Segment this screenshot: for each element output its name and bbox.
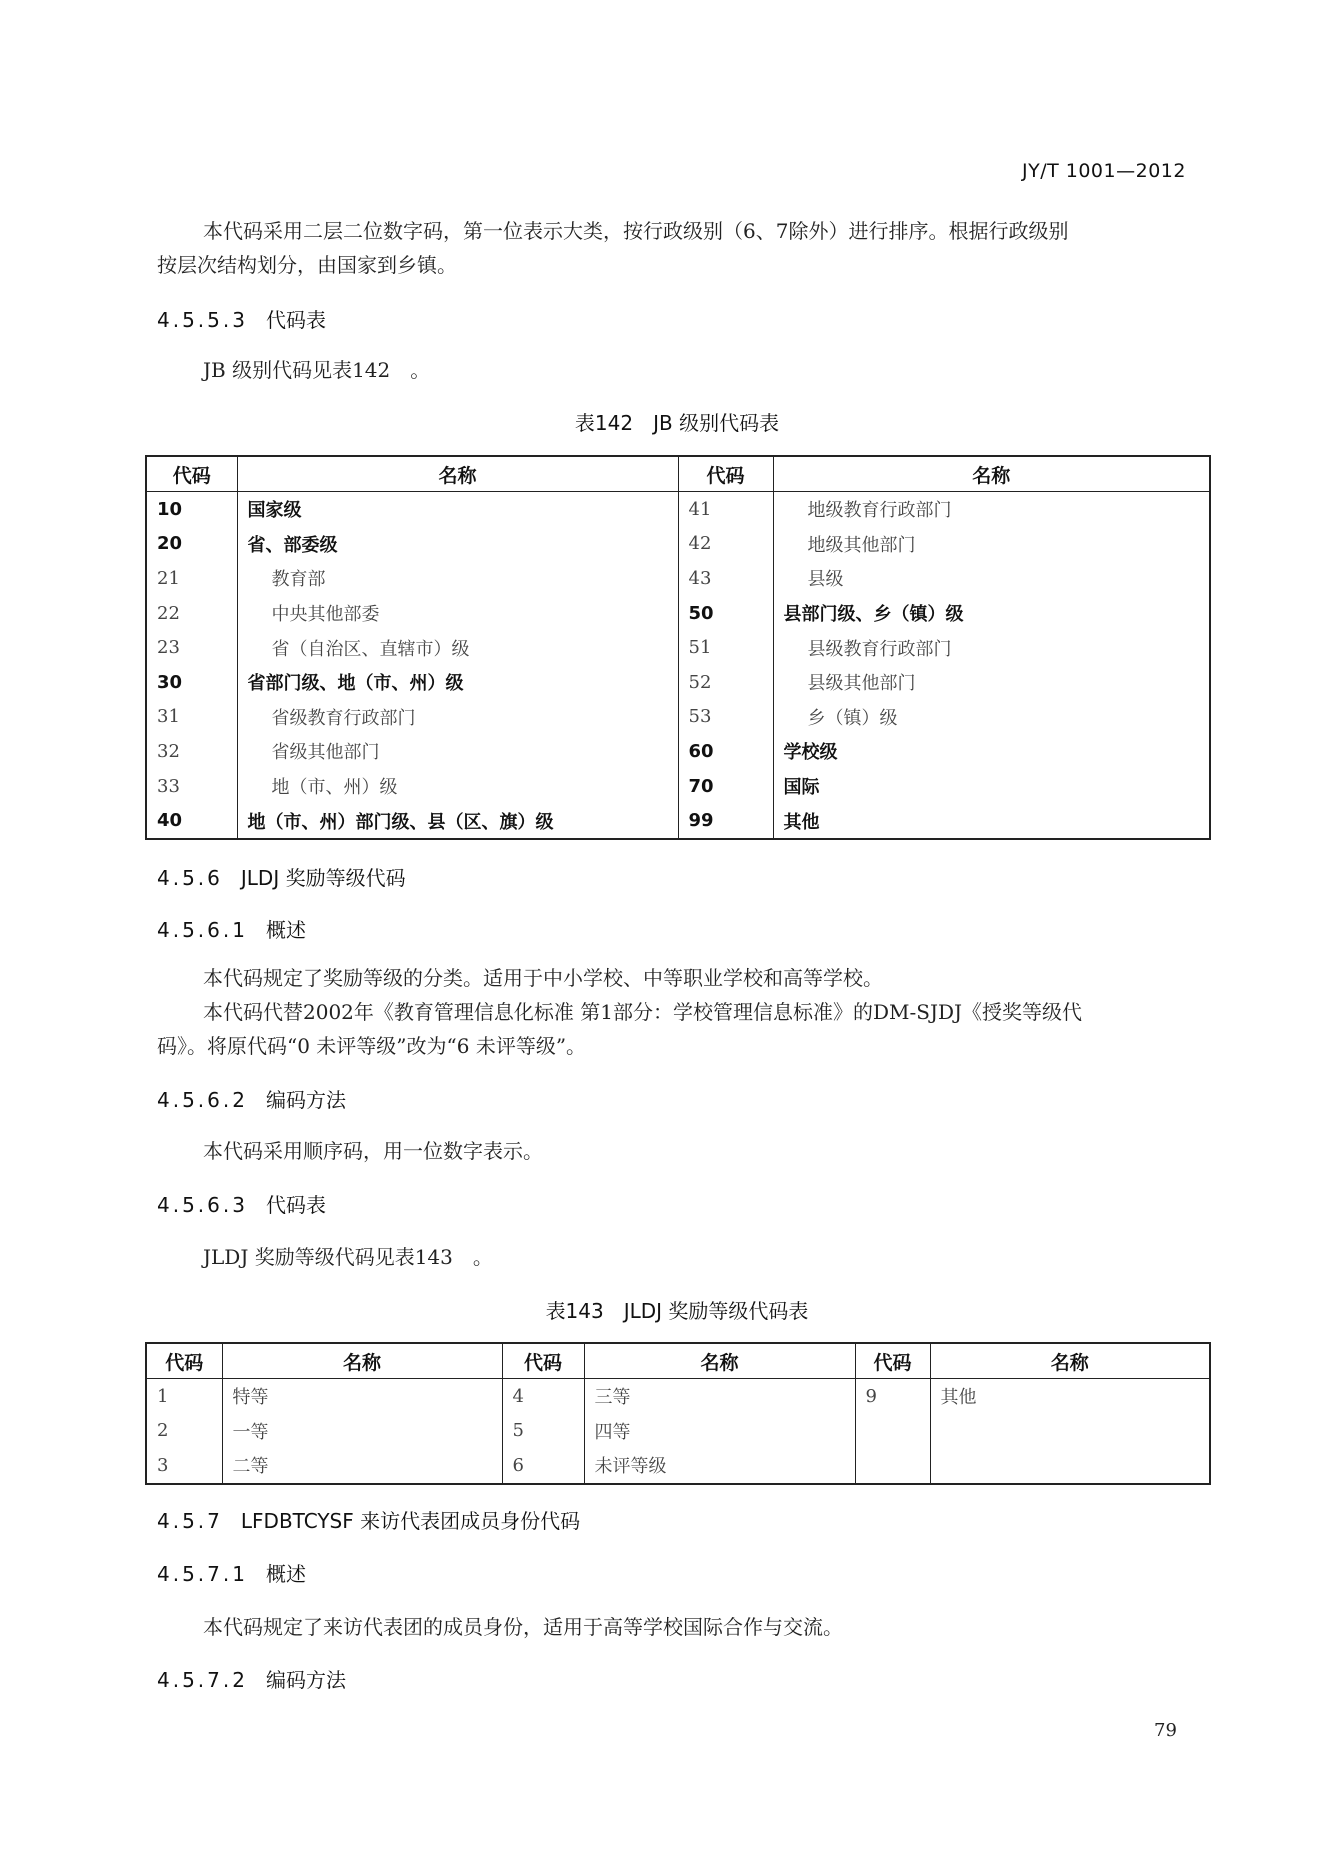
code-cell [855, 1414, 930, 1449]
heading-4-5-6-1: 4.5.6.1概述 [157, 914, 306, 943]
name-cell: 其他 [773, 803, 1210, 839]
code-cell: 23 [146, 630, 237, 665]
name-cell: 县级其他部门 [773, 665, 1210, 700]
heading-number: 4.5.5.3 [157, 308, 248, 332]
name-cell: 国际 [773, 769, 1210, 804]
heading-title: 概述 [266, 918, 306, 942]
code-cell: 5 [502, 1414, 584, 1449]
name-cell: 乡（镇）级 [773, 700, 1210, 735]
heading-title: 代码表 [266, 1193, 326, 1217]
table-row: 22 中央其他部委 50 县部门级、乡（镇）级 [146, 596, 1210, 631]
table-header-row: 代码 名称 代码 名称 [146, 456, 1210, 492]
column-header-name: 名称 [237, 456, 678, 492]
table-row: 30 省部门级、地（市、州）级 52 县级其他部门 [146, 665, 1210, 700]
column-header-name: 名称 [930, 1343, 1210, 1379]
column-header-code: 代码 [678, 456, 773, 492]
code-cell: 9 [855, 1379, 930, 1414]
heading-4-5-5-3: 4.5.5.3代码表 [157, 304, 326, 333]
table-row: 21 教育部 43 县级 [146, 561, 1210, 596]
code-cell: 22 [146, 596, 237, 631]
code-cell: 2 [146, 1414, 222, 1449]
column-header-name: 名称 [584, 1343, 855, 1379]
code-cell: 32 [146, 734, 237, 769]
table-row: 1 特等 4 三等 9 其他 [146, 1379, 1210, 1414]
heading-title: LFDBTCYSF 来访代表团成员身份代码 [241, 1509, 580, 1533]
name-cell: 特等 [222, 1379, 502, 1414]
name-cell: 省（自治区、直辖市）级 [237, 630, 678, 665]
name-cell: 二等 [222, 1448, 502, 1484]
code-cell: 50 [678, 596, 773, 631]
heading-title: 编码方法 [266, 1088, 346, 1112]
code-cell: 10 [146, 492, 237, 527]
overview-paragraph-2-line-1: 本代码代替2002年《教育管理信息化标准 第1部分：学校管理信息标准》的DM-S… [203, 996, 1082, 1029]
name-cell: 未评等级 [584, 1448, 855, 1484]
code-cell: 43 [678, 561, 773, 596]
code-cell: 21 [146, 561, 237, 596]
heading-4-5-6: 4.5.6JLDJ 奖励等级代码 [157, 862, 406, 891]
name-cell: 省级其他部门 [237, 734, 678, 769]
name-cell [930, 1414, 1210, 1449]
column-header-code: 代码 [855, 1343, 930, 1379]
table142-caption: 表142 JB 级别代码表 [145, 407, 1209, 436]
table-row: 20 省、部委级 42 地级其他部门 [146, 527, 1210, 562]
code-cell: 30 [146, 665, 237, 700]
heading-4-5-6-2: 4.5.6.2编码方法 [157, 1084, 346, 1113]
heading-number: 4.5.6.1 [157, 918, 248, 942]
code-cell: 99 [678, 803, 773, 839]
name-cell: 一等 [222, 1414, 502, 1449]
heading-title: 编码方法 [266, 1668, 346, 1692]
heading-title: 代码表 [266, 308, 326, 332]
name-cell: 县级教育行政部门 [773, 630, 1210, 665]
table-header-row: 代码 名称 代码 名称 代码 名称 [146, 1343, 1210, 1379]
heading-4-5-7: 4.5.7LFDBTCYSF 来访代表团成员身份代码 [157, 1505, 580, 1534]
heading-4-5-6-3: 4.5.6.3代码表 [157, 1189, 326, 1218]
code-cell: 60 [678, 734, 773, 769]
column-header-name: 名称 [773, 456, 1210, 492]
name-cell: 三等 [584, 1379, 855, 1414]
table-row: 23 省（自治区、直辖市）级 51 县级教育行政部门 [146, 630, 1210, 665]
code-cell: 41 [678, 492, 773, 527]
name-cell: 省、部委级 [237, 527, 678, 562]
code-cell: 3 [146, 1448, 222, 1484]
table-row: 10 国家级 41 地级教育行政部门 [146, 492, 1210, 527]
heading-number: 4.5.7.1 [157, 1562, 248, 1586]
heading-number: 4.5.6 [157, 866, 223, 890]
code-cell: 40 [146, 803, 237, 839]
column-header-code: 代码 [146, 456, 237, 492]
heading-4-5-7-2: 4.5.7.2编码方法 [157, 1664, 346, 1693]
table143-caption: 表143 JLDJ 奖励等级代码表 [145, 1295, 1209, 1324]
column-header-code: 代码 [502, 1343, 584, 1379]
code-cell: 1 [146, 1379, 222, 1414]
name-cell: 县部门级、乡（镇）级 [773, 596, 1210, 631]
intro-paragraph-line-1: 本代码采用二层二位数字码，第一位表示大类，按行政级别（6、7除外）进行排序。根据… [203, 215, 1068, 248]
code-cell: 51 [678, 630, 773, 665]
name-cell: 县级 [773, 561, 1210, 596]
code-cell: 6 [502, 1448, 584, 1484]
code-cell: 53 [678, 700, 773, 735]
heading-number: 4.5.7 [157, 1509, 223, 1533]
code-cell: 4 [502, 1379, 584, 1414]
heading-number: 4.5.6.3 [157, 1193, 248, 1217]
table-row: 2 一等 5 四等 [146, 1414, 1210, 1449]
code-cell: 52 [678, 665, 773, 700]
table-row: 31 省级教育行政部门 53 乡（镇）级 [146, 700, 1210, 735]
name-cell: 地级教育行政部门 [773, 492, 1210, 527]
name-cell: 国家级 [237, 492, 678, 527]
code-cell: 33 [146, 769, 237, 804]
code-cell: 31 [146, 700, 237, 735]
name-cell: 其他 [930, 1379, 1210, 1414]
intro-paragraph-line-2: 按层次结构划分，由国家到乡镇。 [157, 249, 457, 282]
table-row: 40 地（市、州）部门级、县（区、旗）级 99 其他 [146, 803, 1210, 839]
column-header-code: 代码 [146, 1343, 222, 1379]
overview-paragraph-2-line-2: 码》。将原代码“0 未评等级”改为“6 未评等级”。 [157, 1030, 586, 1063]
page-number: 79 [1154, 1720, 1177, 1741]
name-cell: 中央其他部委 [237, 596, 678, 631]
table142-jb-level-codes: 代码 名称 代码 名称 10 国家级 41 地级教育行政部门 20 省、部委级 … [145, 455, 1211, 840]
code-cell: 70 [678, 769, 773, 804]
standard-id-header: JY/T 1001—2012 [1022, 160, 1186, 182]
table-row: 33 地（市、州）级 70 国际 [146, 769, 1210, 804]
name-cell: 地（市、州）部门级、县（区、旗）级 [237, 803, 678, 839]
delegation-overview-text: 本代码规定了来访代表团的成员身份，适用于高等学校国际合作与交流。 [203, 1611, 843, 1644]
table-row: 3 二等 6 未评等级 [146, 1448, 1210, 1484]
table143-reference-text: JLDJ 奖励等级代码见表143 。 [203, 1241, 493, 1274]
table-row: 32 省级其他部门 60 学校级 [146, 734, 1210, 769]
heading-title: JLDJ 奖励等级代码 [241, 866, 406, 890]
code-cell: 42 [678, 527, 773, 562]
code-cell: 20 [146, 527, 237, 562]
heading-title: 概述 [266, 1562, 306, 1586]
name-cell: 省级教育行政部门 [237, 700, 678, 735]
code-cell [855, 1448, 930, 1484]
name-cell [930, 1448, 1210, 1484]
name-cell: 教育部 [237, 561, 678, 596]
heading-number: 4.5.6.2 [157, 1088, 248, 1112]
name-cell: 地级其他部门 [773, 527, 1210, 562]
overview-paragraph-1: 本代码规定了奖励等级的分类。适用于中小学校、中等职业学校和高等学校。 [203, 962, 883, 995]
heading-number: 4.5.7.2 [157, 1668, 248, 1692]
name-cell: 学校级 [773, 734, 1210, 769]
table142-reference-text: JB 级别代码见表142 。 [203, 354, 430, 387]
heading-4-5-7-1: 4.5.7.1概述 [157, 1558, 306, 1587]
name-cell: 省部门级、地（市、州）级 [237, 665, 678, 700]
table143-jldj-award-level-codes: 代码 名称 代码 名称 代码 名称 1 特等 4 三等 9 其他 2 一等 5 … [145, 1342, 1211, 1485]
coding-method-text: 本代码采用顺序码，用一位数字表示。 [203, 1135, 543, 1168]
column-header-name: 名称 [222, 1343, 502, 1379]
name-cell: 四等 [584, 1414, 855, 1449]
name-cell: 地（市、州）级 [237, 769, 678, 804]
